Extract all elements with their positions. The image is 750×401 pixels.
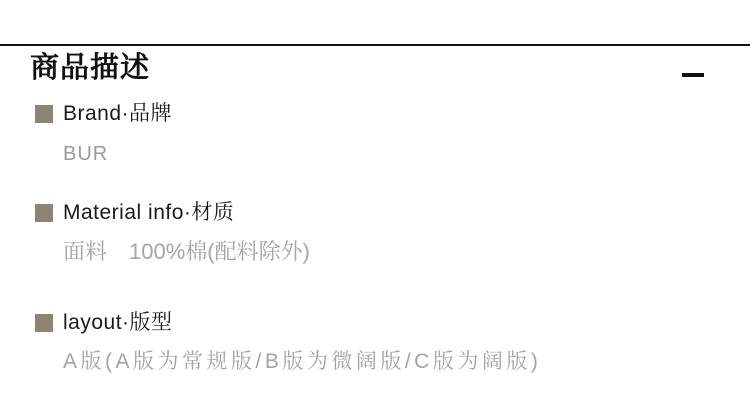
top-divider [0, 44, 750, 46]
product-description-panel: 商品描述 Brand·品牌 BUR Material info·材质 面料 10… [0, 0, 750, 401]
section-brand-value: BUR [63, 143, 715, 165]
bullet-square-icon [35, 314, 53, 332]
section-layout-value: A版(A版为常规版/B版为微阔版/C版为阔版) [63, 348, 715, 376]
section-layout: layout·版型 A版(A版为常规版/B版为微阔版/C版为阔版) [35, 311, 715, 376]
section-material: Material info·材质 面料 100%棉(配料除外) [35, 201, 715, 266]
collapse-dash-icon[interactable] [682, 73, 704, 77]
section-material-label: Material info·材质 [63, 201, 234, 225]
section-brand-header: Brand·品牌 [35, 102, 715, 126]
section-material-value: 面料 100%棉(配料除外) [63, 238, 715, 266]
section-material-header: Material info·材质 [35, 201, 715, 225]
section-layout-label: layout·版型 [63, 311, 173, 335]
panel-title: 商品描述 [30, 53, 150, 84]
section-brand: Brand·品牌 BUR [35, 102, 715, 165]
section-brand-label: Brand·品牌 [63, 102, 172, 126]
bullet-square-icon [35, 105, 53, 123]
section-layout-header: layout·版型 [35, 311, 715, 335]
bullet-square-icon [35, 204, 53, 222]
